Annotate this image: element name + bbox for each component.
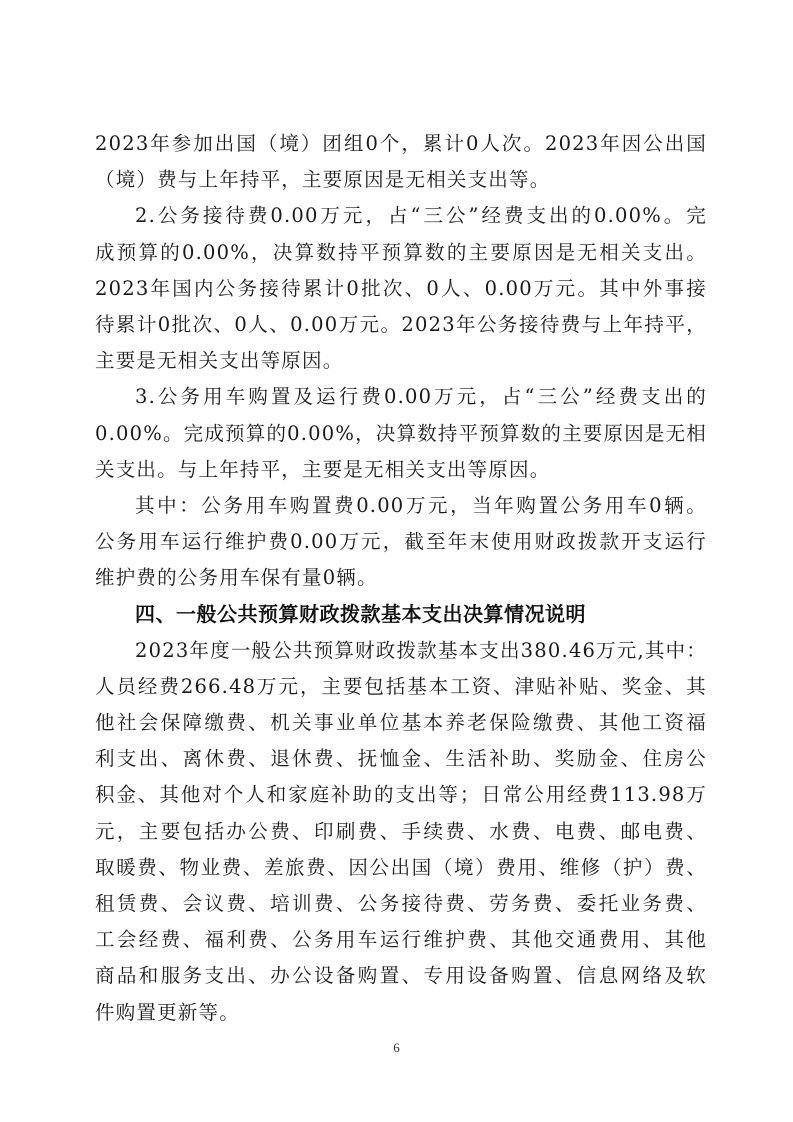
text-line: 2023年度一般公共预算财政拨款基本支出380.46万元,其中： (95, 633, 707, 669)
text-line: 主要是无相关支出等原因。 (95, 343, 707, 379)
page-number: 6 (0, 1040, 793, 1056)
document-body: 2023年参加出国（境）团组0个，累计0人次。2023年因公出国 （境）费与上年… (95, 126, 707, 1031)
text-line: 利支出、离休费、退休费、抚恤金、生活补助、奖励金、住房公 (95, 741, 707, 777)
text-line: 人员经费266.48万元，主要包括基本工资、津贴补贴、奖金、其 (95, 669, 707, 705)
text-line: 成预算的0.00%，决算数持平预算数的主要原因是无相关支出。 (95, 235, 707, 271)
text-line: 取暖费、物业费、差旅费、因公出国（境）费用、维修（护）费、 (95, 850, 707, 886)
text-line: 待累计0批次、0人、0.00万元。2023年公务接待费与上年持平， (95, 307, 707, 343)
text-line: （境）费与上年持平，主要原因是无相关支出等。 (95, 162, 707, 198)
text-line: 2023年参加出国（境）团组0个，累计0人次。2023年因公出国 (95, 126, 707, 162)
text-line: 维护费的公务用车保有量0辆。 (95, 560, 707, 596)
text-line: 2023年国内公务接待累计0批次、0人、0.00万元。其中外事接 (95, 271, 707, 307)
text-line: 件购置更新等。 (95, 995, 707, 1031)
text-line: 元，主要包括办公费、印刷费、手续费、水费、电费、邮电费、 (95, 814, 707, 850)
text-line: 关支出。与上年持平，主要是无相关支出等原因。 (95, 452, 707, 488)
text-line: 租赁费、会议费、培训费、公务接待费、劳务费、委托业务费、 (95, 886, 707, 922)
text-line: 工会经费、福利费、公务用车运行维护费、其他交通费用、其他 (95, 922, 707, 958)
text-line: 积金、其他对个人和家庭补助的支出等；日常公用经费113.98万 (95, 777, 707, 813)
text-line: 2.公务接待费0.00万元，占“三公”经费支出的0.00%。完 (95, 198, 707, 234)
text-line: 他社会保障缴费、机关事业单位基本养老保险缴费、其他工资福 (95, 705, 707, 741)
text-line: 商品和服务支出、办公设备购置、专用设备购置、信息网络及软 (95, 958, 707, 994)
section-heading: 四、一般公共预算财政拨款基本支出决算情况说明 (95, 596, 707, 632)
text-line: 其中：公务用车购置费0.00万元，当年购置公务用车0辆。 (95, 488, 707, 524)
document-page: 2023年参加出国（境）团组0个，累计0人次。2023年因公出国 （境）费与上年… (0, 0, 793, 1122)
text-line: 3.公务用车购置及运行费0.00万元，占“三公”经费支出的 (95, 379, 707, 415)
text-line: 公务用车运行维护费0.00万元，截至年末使用财政拨款开支运行 (95, 524, 707, 560)
text-line: 0.00%。完成预算的0.00%，决算数持平预算数的主要原因是无相 (95, 416, 707, 452)
